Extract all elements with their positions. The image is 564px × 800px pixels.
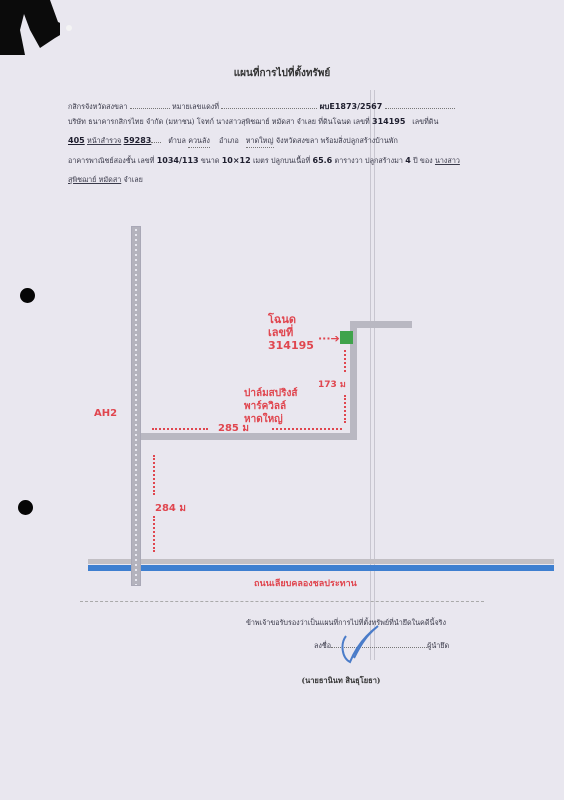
signature-mark — [338, 622, 384, 668]
land-area: 65.6 — [313, 156, 333, 165]
canal-road-label: ถนนเลียบคลองชลประทาน — [254, 576, 357, 590]
deed-number: 314195 — [372, 117, 405, 126]
distance-284: 284 ม — [155, 501, 186, 516]
divider — [80, 601, 484, 602]
parties-line: บริษัท ธนาคารกสิกรไทย จำกัด (มหาชน) โจทก… — [68, 117, 438, 128]
punch-hole-top — [20, 288, 35, 303]
building-line: อาคารพาณิชย์สองชั้น เลขที่ 1034/113 ขนาด… — [68, 156, 460, 167]
case-label: หมายเลขแดงที่ — [172, 102, 219, 111]
village-top-road — [350, 321, 412, 328]
property-plot-marker — [340, 331, 353, 344]
canal-road — [88, 559, 554, 564]
case-line: กสิกรจังหวัดสงขลา หมายเลขแดงที่ ผบE1873/… — [68, 100, 455, 113]
building-size: 10×12 — [222, 156, 251, 165]
deed-label: โฉนด เลขที่ 314195 — [268, 313, 314, 352]
owner-line: สุพิชฌาย์ หมัดสา จำเลย — [68, 175, 143, 186]
location-line: 405 หน้าสำรวจ 59283 ตำบล ควนลัง อำเภอ หา… — [68, 136, 398, 148]
punch-hole-bottom — [18, 500, 33, 515]
page-title: แผนที่การไปที่ตั้งทรัพย์ — [0, 66, 564, 81]
scan-artifact — [0, 0, 60, 55]
court-prefix: กสิกรจังหวัดสงขลา — [68, 102, 127, 111]
distance-173: 173 ม — [318, 377, 346, 391]
scan-artifact-spot — [66, 25, 72, 31]
land-number: 405 — [68, 136, 85, 145]
irrigation-canal — [88, 565, 554, 571]
signer-name: (นายธานินท สินธุโยธา) — [0, 675, 564, 687]
village-name: ปาล์มสปริงส์ พาร์ควิลล์ หาดใหญ่ — [244, 387, 298, 426]
distance-285: 285 ม — [218, 421, 249, 436]
house-number: 1034/113 — [157, 156, 199, 165]
district: หาดใหญ่ — [246, 136, 274, 148]
highway-label: AH2 — [94, 408, 117, 419]
province: จังหวัดสงขลา — [276, 136, 318, 145]
certification-statement: ข้าพเจ้าขอรับรองว่าเป็นแผนที่การไปที่ตั้… — [0, 618, 564, 629]
case-number: ผบE1873/2567 — [320, 102, 383, 111]
fold-line — [370, 90, 371, 660]
fold-line — [374, 90, 375, 660]
owner-name: สุพิชฌาย์ หมัดสา — [68, 175, 121, 184]
building-age: 4 — [405, 156, 411, 165]
arrow-right-icon: ···➔ — [318, 332, 340, 345]
survey-number: 59283 — [124, 136, 152, 145]
subdistrict: ควนลัง — [188, 136, 210, 148]
